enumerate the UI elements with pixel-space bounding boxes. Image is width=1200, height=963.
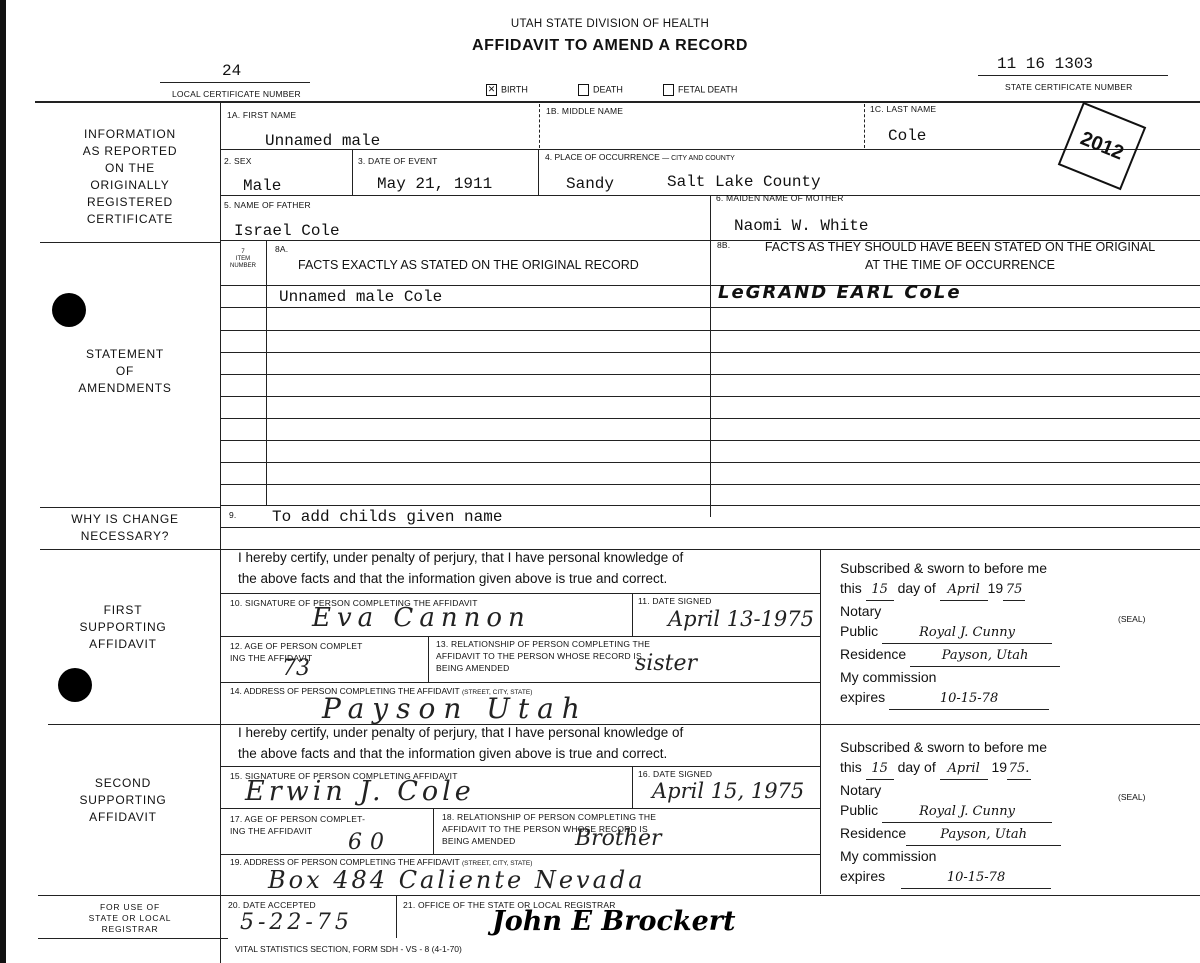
certify-text-1: I hereby certify, under penalty of perju… xyxy=(238,547,683,589)
age-label-2: 17. AGE OF PERSON COMPLET- xyxy=(230,814,365,824)
punch-hole xyxy=(52,293,86,327)
amendment-original-value: Unnamed male Cole xyxy=(279,288,442,306)
item-number-label: 7 ITEM NUMBER xyxy=(222,249,264,270)
last-name-value: Cole xyxy=(888,127,926,145)
address-1: Payson Utah xyxy=(322,692,588,725)
seal-label-1: (SEAL) xyxy=(1118,614,1145,624)
record-type-death[interactable]: DEATH xyxy=(578,84,623,96)
relationship-2: Brother xyxy=(575,826,661,851)
place-county-value: Salt Lake County xyxy=(667,173,821,191)
local-certificate-label: LOCAL CERTIFICATE NUMBER xyxy=(172,89,301,99)
relationship-1: sister xyxy=(635,651,697,676)
date-of-event-value: May 21, 1911 xyxy=(377,175,492,193)
age-2: 60 xyxy=(348,830,392,855)
place-label: 4. PLACE OF OCCURRENCE — CITY AND COUNTY xyxy=(545,152,735,162)
registrar-signature: John E Brockert xyxy=(492,906,736,937)
signature-1: Eva Cannon xyxy=(312,603,531,633)
section-why-change: WHY IS CHANGE NECESSARY? xyxy=(40,511,210,545)
document-title: AFFIDAVIT TO AMEND A RECORD xyxy=(0,37,1200,55)
col-a-header: FACTS EXACTLY AS STATED ON THE ORIGINAL … xyxy=(298,258,639,272)
date-signed-1: April 13-1975 xyxy=(668,607,814,631)
last-name-label: 1C. LAST NAME xyxy=(870,104,936,114)
checkbox-icon[interactable] xyxy=(663,84,674,96)
address-2: Box 484 Caliente Nevada xyxy=(268,866,646,894)
date-of-event-label: 3. DATE OF EVENT xyxy=(358,156,438,166)
section-second-affidavit: SECOND SUPPORTING AFFIDAVIT xyxy=(38,775,208,826)
mother-value: Naomi W. White xyxy=(734,217,868,235)
col-a-num: 8A. xyxy=(275,244,288,254)
notary-block-2: Subscribed & sworn to before me this 15 … xyxy=(840,737,1061,889)
reason-num: 9. xyxy=(229,510,237,520)
record-type-fetal-death[interactable]: FETAL DEATH xyxy=(663,84,737,96)
state-certificate-label: STATE CERTIFICATE NUMBER xyxy=(1005,82,1132,92)
record-type-birth[interactable]: ✕BIRTH xyxy=(486,84,528,96)
sex-value: Male xyxy=(243,177,281,195)
date-accepted-label: 20. DATE ACCEPTED xyxy=(228,900,316,910)
date-signed-2: April 15, 1975 xyxy=(652,779,804,803)
agency-name: UTAH STATE DIVISION OF HEALTH xyxy=(0,18,1200,30)
certify-text-2: I hereby certify, under penalty of perju… xyxy=(238,722,683,764)
first-name-value: Unnamed male xyxy=(265,132,380,150)
local-certificate-number: 24 xyxy=(222,62,241,80)
section-original-info: INFORMATION AS REPORTED ON THE ORIGINALL… xyxy=(50,126,210,228)
punch-hole xyxy=(58,668,92,702)
amendment-corrected-value: LeGRAND EARL CoLe xyxy=(718,282,962,303)
record-stamp: 2012 xyxy=(1058,102,1147,191)
section-first-affidavit: FIRST SUPPORTING AFFIDAVIT xyxy=(38,602,208,653)
age-1: 73 xyxy=(282,656,310,681)
relationship-label-2: 18. RELATIONSHIP OF PERSON COMPLETING TH… xyxy=(442,812,656,822)
notary-block-1: Subscribed & sworn to before me this 15 … xyxy=(840,558,1060,710)
reason-value: To add childs given name xyxy=(272,508,502,526)
mother-label: 6. MAIDEN NAME OF MOTHER xyxy=(716,193,844,203)
section-registrar-use: FOR USE OF STATE OR LOCAL REGISTRAR xyxy=(55,902,205,935)
form-footer: VITAL STATISTICS SECTION, FORM SDH - VS … xyxy=(235,944,462,954)
scan-edge xyxy=(0,0,6,963)
checkbox-checked-icon[interactable]: ✕ xyxy=(486,84,497,96)
seal-label-2: (SEAL) xyxy=(1118,792,1145,802)
date-signed-label-2: 16. DATE SIGNED xyxy=(638,769,712,779)
state-certificate-number: 11 16 1303 xyxy=(997,55,1093,73)
col-b-header: FACTS AS THEY SHOULD HAVE BEEN STATED ON… xyxy=(740,238,1180,274)
section-statement-of-amendments: STATEMENT OF AMENDMENTS xyxy=(40,346,210,397)
signature-2: Erwin J. Cole xyxy=(245,776,475,807)
sex-label: 2. SEX xyxy=(224,156,252,166)
father-value: Israel Cole xyxy=(234,222,340,240)
place-city-value: Sandy xyxy=(566,175,614,193)
first-name-label: 1A. FIRST NAME xyxy=(227,110,296,120)
father-label: 5. NAME OF FATHER xyxy=(224,200,311,210)
date-signed-label-1: 11. DATE SIGNED xyxy=(638,596,712,606)
middle-name-label: 1B. MIDDLE NAME xyxy=(546,106,623,116)
relationship-label-1: 13. RELATIONSHIP OF PERSON COMPLETING TH… xyxy=(436,639,650,649)
checkbox-icon[interactable] xyxy=(578,84,589,96)
col-b-num: 8B. xyxy=(717,240,730,250)
date-accepted: 5-22-75 xyxy=(240,910,353,935)
age-label-1: 12. AGE OF PERSON COMPLET xyxy=(230,641,363,651)
